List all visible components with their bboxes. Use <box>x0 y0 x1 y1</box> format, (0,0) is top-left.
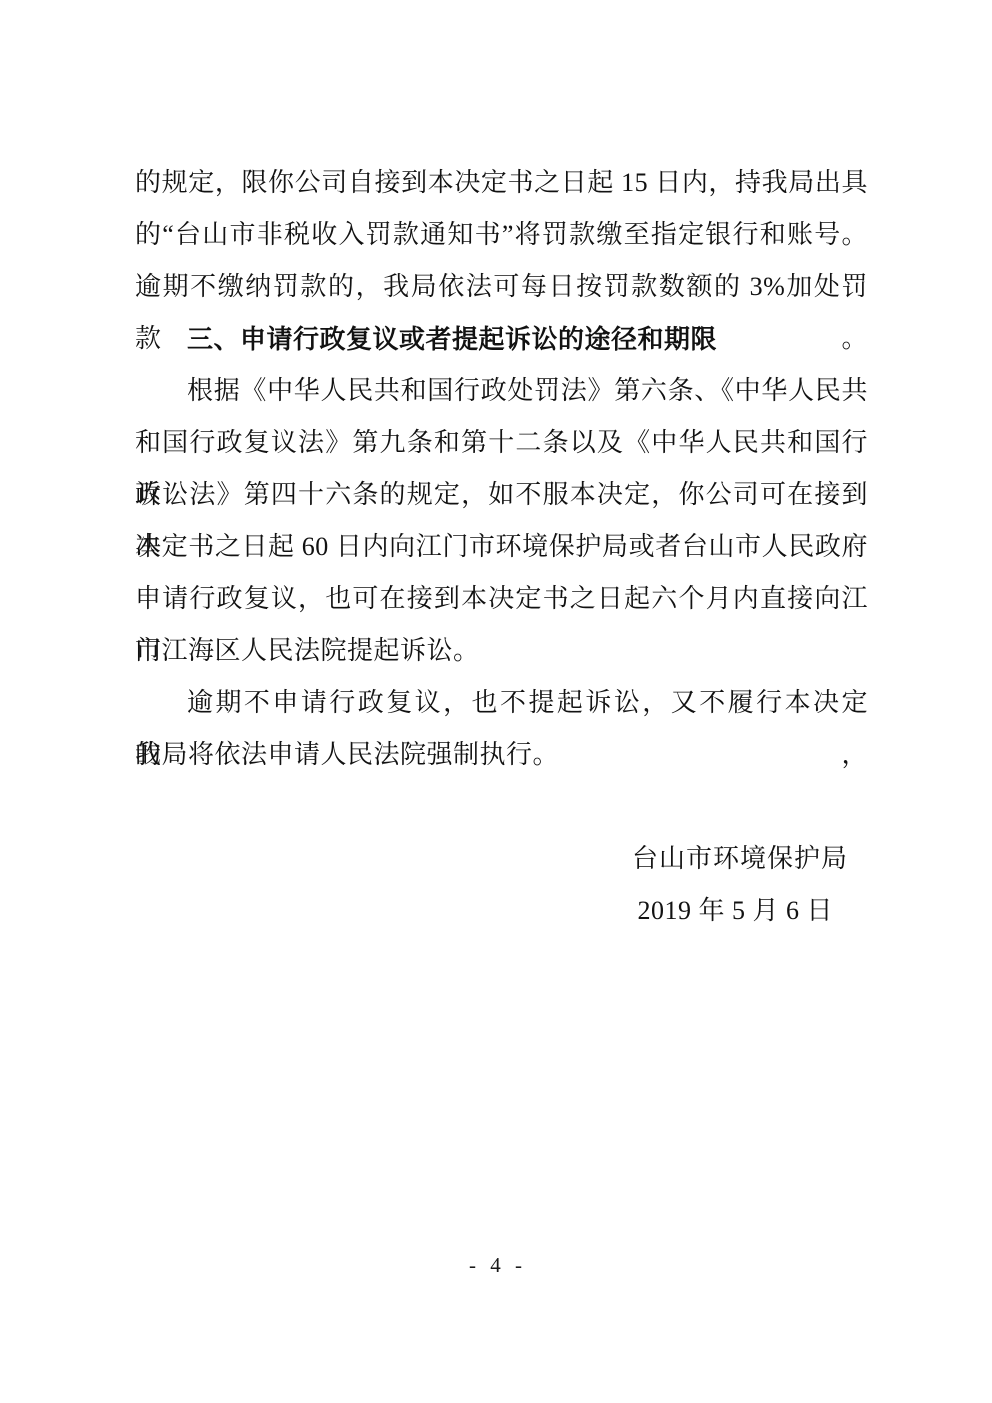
document-body: 的规定，限你公司自接到本决定书之日起 15 日内，持我局出具 的“台山市非税收入… <box>135 157 868 937</box>
body-line-3: 逾期不缴纳罚款的，我局依法可每日按罚款数额的 3%加处罚款。 <box>135 261 868 313</box>
body-line-2: 的“台山市非税收入罚款通知书”将罚款缴至指定银行和账号。 <box>135 209 868 261</box>
document-page: 的规定，限你公司自接到本决定书之日起 15 日内，持我局出具 的“台山市非税收入… <box>0 0 992 1403</box>
body-line-5: 和国行政复议法》第九条和第十二条以及《中华人民共和国行政 <box>135 417 868 469</box>
signature-date: 2019 年 5 月 6 日 <box>135 885 868 937</box>
page-number: - 4 - <box>0 1252 992 1278</box>
body-line-7: 决定书之日起 60 日内向江门市环境保护局或者台山市人民政府 <box>135 521 868 573</box>
body-line-6: 诉讼法》第四十六条的规定，如不服本决定，你公司可在接到本 <box>135 469 868 521</box>
body-line-8: 申请行政复议，也可在接到本决定书之日起六个月内直接向江门 <box>135 573 868 625</box>
blank-line <box>135 781 868 833</box>
body-line-4: 根据《中华人民共和国行政处罚法》第六条、《中华人民共 <box>135 365 868 417</box>
body-line-1: 的规定，限你公司自接到本决定书之日起 15 日内，持我局出具 <box>135 157 868 209</box>
signature-issuer: 台山市环境保护局 <box>135 833 868 885</box>
body-line-10: 逾期不申请行政复议，也不提起诉讼，又不履行本决定的， <box>135 677 868 729</box>
body-line-9: 市江海区人民法院提起诉讼。 <box>135 625 868 677</box>
